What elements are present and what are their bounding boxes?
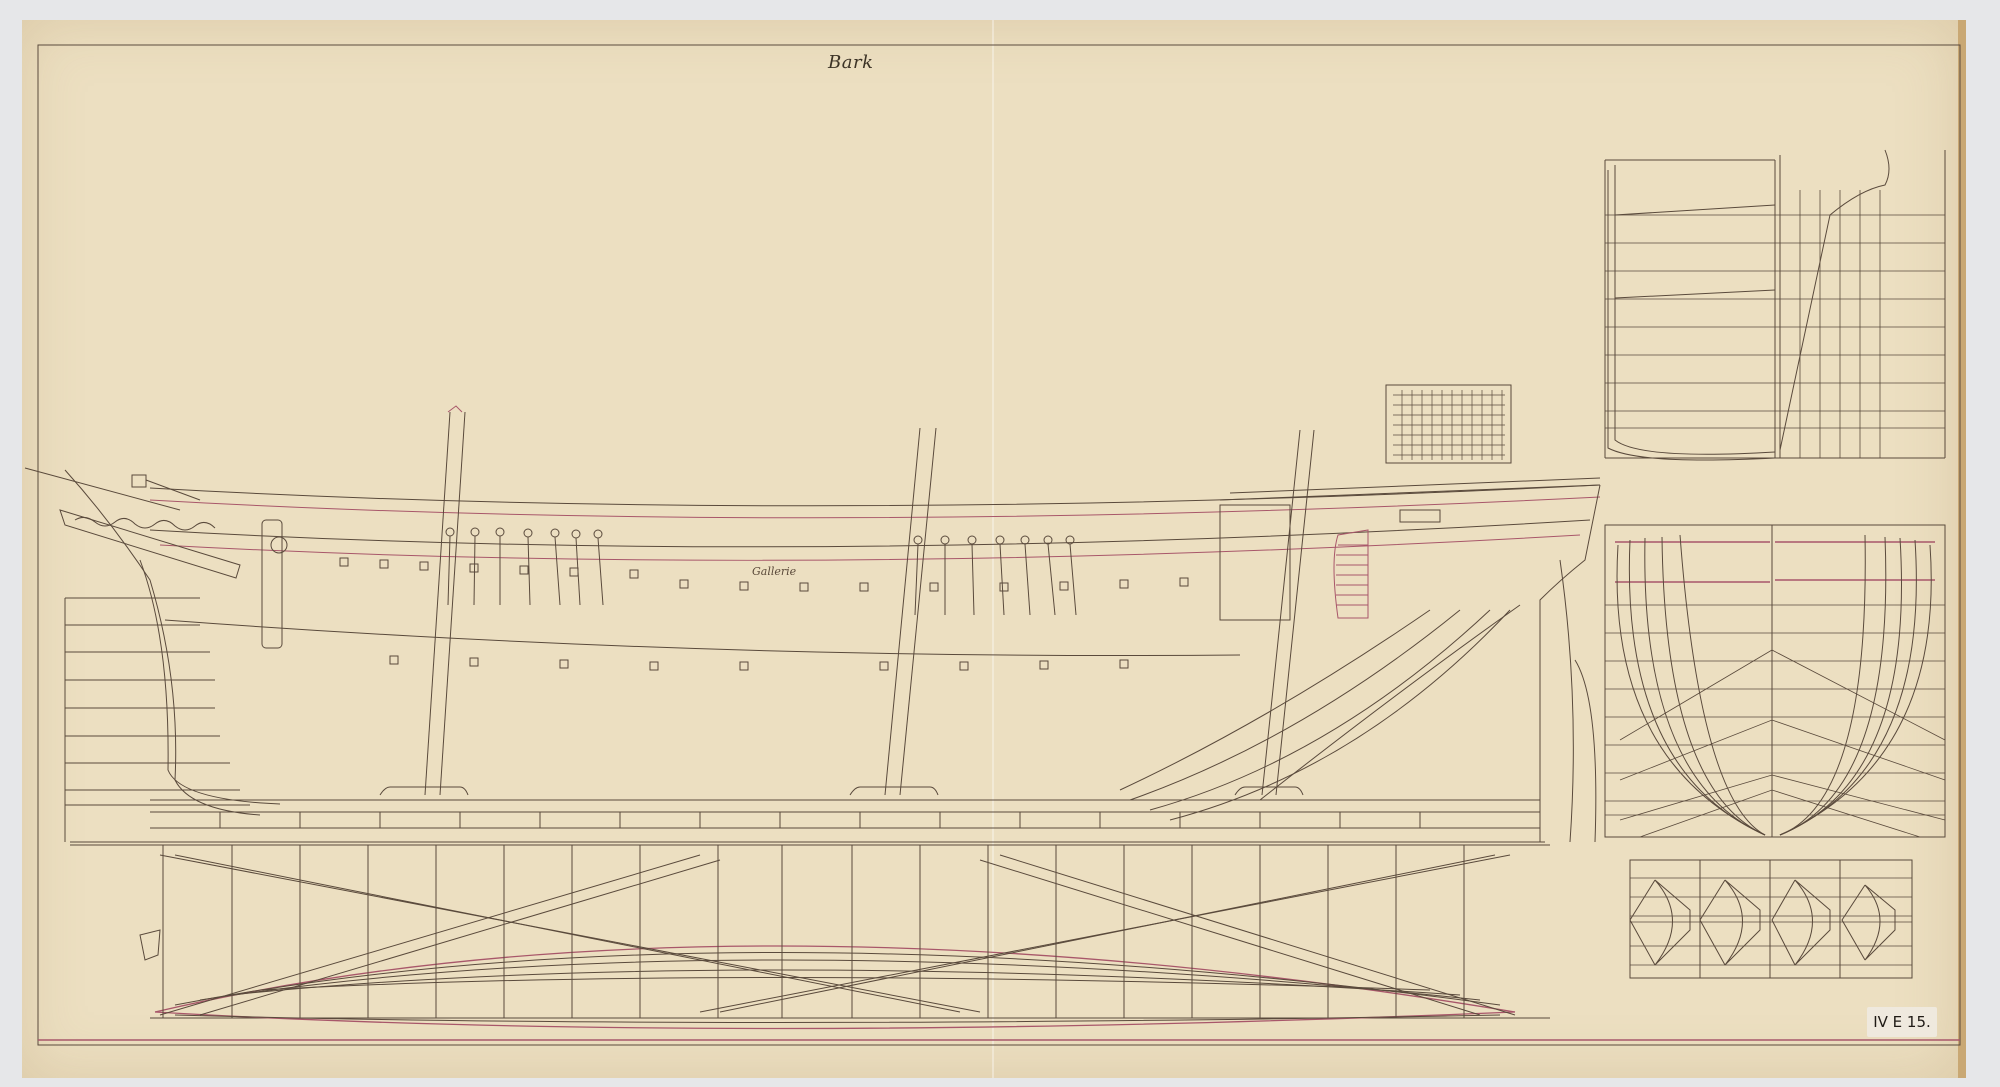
sheer-plan [25, 406, 1600, 842]
stern-section [1605, 150, 1945, 460]
catalog-label: IV E 15. [1867, 1007, 1937, 1037]
ship-plan-drawing [0, 0, 2000, 1087]
body-plan [1605, 525, 1945, 837]
plan-title: Bark [828, 52, 873, 73]
frame-details [1630, 860, 1912, 978]
half-breadth-plan [70, 845, 1550, 1029]
deck-annotation: Gallerie [752, 565, 796, 578]
border-frame [38, 45, 1960, 1045]
scale-grid [1386, 385, 1511, 463]
